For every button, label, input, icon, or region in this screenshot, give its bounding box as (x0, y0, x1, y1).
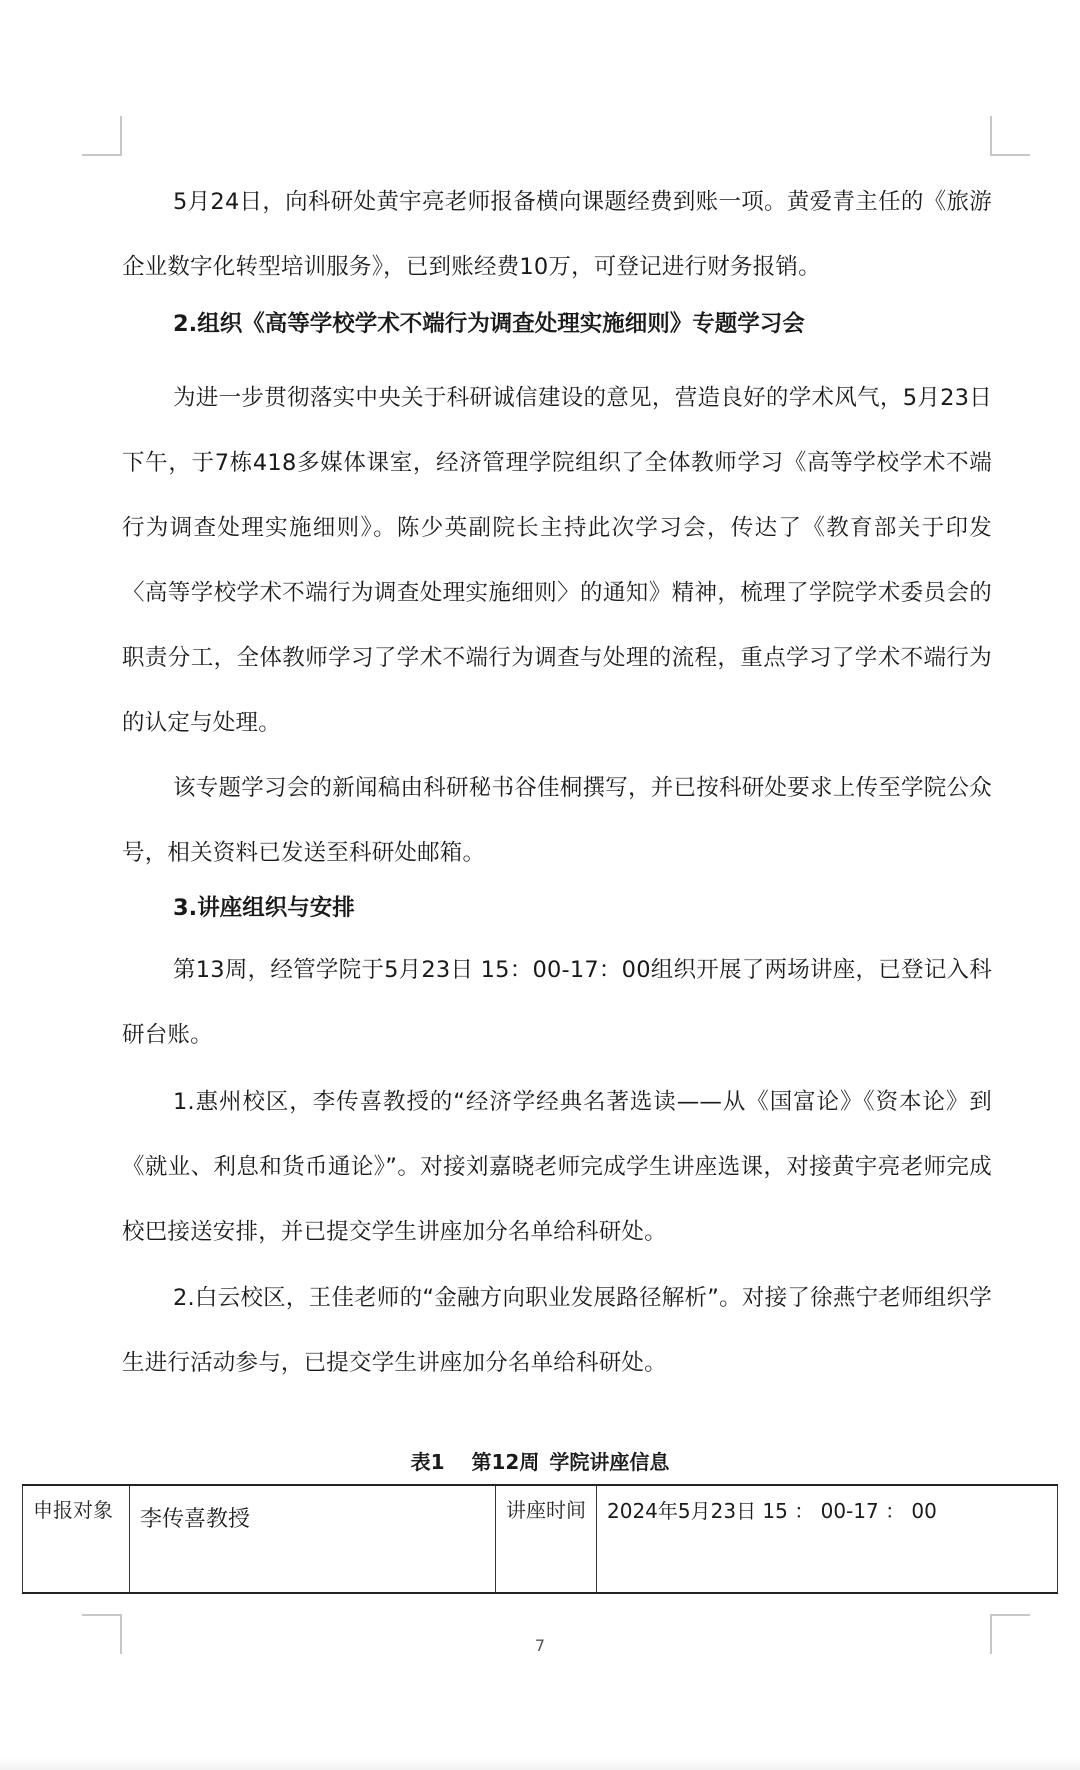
paragraph-lectures-summary: 第13周，经管学院于5月23日 15：00-17：00组织开展了两场讲座，已登记… (122, 938, 992, 1068)
section-heading-lectures: 3.讲座组织与安排 (173, 888, 355, 928)
cell-applicant-name: 李传喜教授 (130, 1485, 496, 1593)
section-heading-study-meeting: 2.组织《高等学校学术不端行为调查处理实施细则》专题学习会 (173, 304, 805, 344)
table-caption-week: 第12周 (472, 1450, 540, 1474)
paragraph-lecture-huizhou: 1.惠州校区，李传喜教授的“经济学经典名著选读——从《国富论》《资本论》到《就业… (122, 1070, 992, 1265)
paragraph-study-meeting: 为进一步贯彻落实中央关于科研诚信建设的意见，营造良好的学术风气，5月23日下午，… (122, 366, 992, 756)
lecture-info-table: 申报对象 李传喜教授 讲座时间 2024年5月23日 15 ： 00-17 ： … (22, 1484, 1058, 1594)
paragraph-funding: 5月24日，向科研处黄宇亮老师报备横向课题经费到账一项。黄爱青主任的《旅游企业数… (122, 170, 992, 300)
table-caption: 表1 第12周学院讲座信息 (0, 1446, 1080, 1475)
cell-lecture-time: 2024年5月23日 15 ： 00-17 ： 00 (597, 1485, 1058, 1593)
page-bottom-edge (0, 1758, 1080, 1770)
page-number: 7 (0, 1636, 1080, 1655)
page-corner-mark-top-left (82, 116, 122, 156)
paragraph-news-draft: 该专题学习会的新闻稿由科研秘书谷佳桐撰写，并已按科研处要求上传至学院公众号，相关… (122, 756, 992, 886)
paragraph-lecture-baiyun: 2.白云校区，王佳老师的“金融方向职业发展路径解析”。对接了徐燕宁老师组织学生进… (122, 1266, 992, 1396)
table-caption-title: 学院讲座信息 (549, 1450, 669, 1474)
cell-label-time: 讲座时间 (496, 1485, 597, 1593)
page-corner-mark-top-right (990, 116, 1030, 156)
table-caption-number: 表1 (411, 1450, 445, 1474)
cell-label-applicant: 申报对象 (23, 1485, 130, 1593)
table-row: 申报对象 李传喜教授 讲座时间 2024年5月23日 15 ： 00-17 ： … (23, 1485, 1058, 1593)
